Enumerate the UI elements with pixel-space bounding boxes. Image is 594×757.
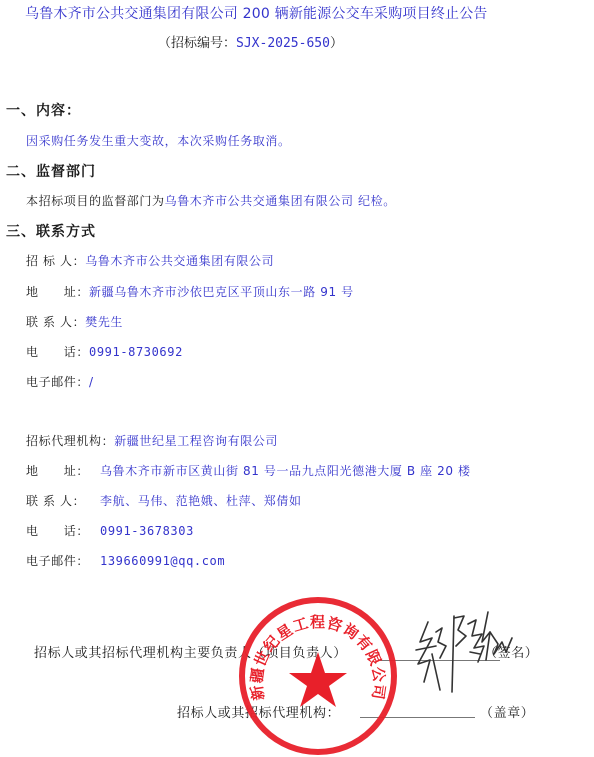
signature-label-responsible: 招标人或其招标代理机构主要负责人（项目负责人） [34,642,347,661]
document-title: 乌鲁木齐市公共交通集团有限公司 200 辆新能源公交车采购项目终止公告 [25,3,488,23]
tenderer-address-label: 地 址： [26,283,89,300]
agency-email-label: 电子邮件： [26,552,100,569]
section-heading-content: 一、内容： [6,100,81,120]
signature-line-seal [360,717,475,718]
signature-suffix-sign: （签名） [484,642,538,661]
agency-name-value: 新疆世纪星工程咨询有限公司 [114,434,278,448]
signature-label-organization: 招标人或其招标代理机构： [177,702,340,721]
tenderer-row-contact: 联 系 人：樊先生 [26,313,123,330]
company-seal-icon: 新疆世纪星工程咨询有限公司 [236,594,400,757]
section-content-body: 因采购任务发生重大变故，本次采购任务取消。 [26,132,291,149]
bid-number-line: （招标编号：SJX-2025-650） [158,32,343,51]
tenderer-email-value: / [89,375,94,389]
agency-contact-value: 李航、马伟、范艳娥、杜萍、郑倩如 [100,494,302,508]
subtitle-suffix: ） [330,36,343,51]
section-supervision-body: 本招标项目的监督部门为乌鲁木齐市公共交通集团有限公司 纪检。 [26,192,396,209]
tenderer-email-label: 电子邮件： [26,373,89,390]
signature-line-responsible [380,660,500,661]
tenderer-name-value: 乌鲁木齐市公共交通集团有限公司 [85,254,274,268]
agency-email-value: 139660991@qq.com [100,554,225,568]
agency-row-contact: 联 系 人：李航、马伟、范艳娥、杜萍、郑倩如 [26,492,302,509]
tenderer-name-label: 招 标 人： [26,252,85,269]
supervision-prefix: 本招标项目的监督部门为 [26,194,165,208]
agency-row-phone: 电 话：0991-3678303 [26,522,194,539]
agency-row-address: 地 址：乌鲁木齐市新市区黄山街 81 号一品九点阳光德港大厦 B 座 20 楼 [26,462,471,479]
agency-contact-label: 联 系 人： [26,492,100,509]
tenderer-row-email: 电子邮件：/ [26,373,94,390]
tenderer-row-address: 地 址：新疆乌鲁木齐市沙依巴克区平顶山东一路 91 号 [26,283,354,300]
tenderer-row-name: 招 标 人：乌鲁木齐市公共交通集团有限公司 [26,252,274,269]
tenderer-contact-value: 樊先生 [85,315,123,329]
agency-address-label: 地 址： [26,462,100,479]
agency-row-name: 招标代理机构：新疆世纪星工程咨询有限公司 [26,432,278,449]
tenderer-row-phone: 电 话：0991-8730692 [26,343,183,360]
tenderer-address-value: 新疆乌鲁木齐市沙依巴克区平顶山东一路 91 号 [89,285,354,299]
supervision-department: 乌鲁木齐市公共交通集团有限公司 纪检。 [165,194,396,208]
agency-name-label: 招标代理机构： [26,432,114,449]
agency-phone-value: 0991-3678303 [100,524,194,538]
subtitle-prefix: （招标编号： [158,36,236,51]
section-heading-supervision: 二、监督部门 [6,161,96,181]
agency-phone-label: 电 话： [26,522,100,539]
tenderer-phone-value: 0991-8730692 [89,345,183,359]
agency-address-value: 乌鲁木齐市新市区黄山街 81 号一品九点阳光德港大厦 B 座 20 楼 [100,464,471,478]
tenderer-contact-label: 联 系 人： [26,313,85,330]
tenderer-phone-label: 电 话： [26,343,89,360]
bid-number: SJX-2025-650 [236,36,330,51]
section-heading-contact: 三、联系方式 [6,221,96,241]
agency-row-email: 电子邮件：139660991@qq.com [26,552,225,569]
signature-suffix-seal: （盖章） [480,702,534,721]
